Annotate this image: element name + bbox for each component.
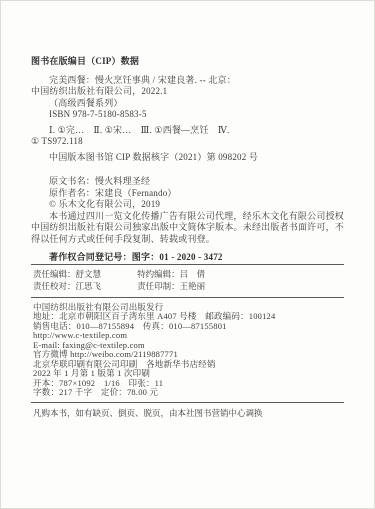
staff-row-1: 责任编辑：舒文慧 特约编辑：吕 倩 — [33, 268, 342, 281]
cip-publisher-line: 中国纺织出版社有限公司，2022.1 — [31, 86, 344, 98]
original-author-line: 原作者名：宋建良（Fernando） — [31, 188, 344, 200]
cip-isbn-line: ISBN 978-7-5180-8583-5 — [31, 109, 344, 121]
original-title-line: 原文书名：慢火料理圣经 — [31, 176, 344, 188]
wordcount-price-line: 字数：217 千字 定价：78.00 元 — [33, 388, 342, 398]
staff-row-2: 责任校对：江思飞 责任印制：王艳丽 — [33, 280, 342, 293]
cip-record-number: 中国版本图书馆 CIP 数据核字（2021）第 098202 号 — [31, 152, 344, 164]
book-copyright-page: 图书在版编目（CIP）数据 完美西餐：慢火烹饪事典 / 宋建良著. -- 北京：… — [0, 0, 375, 509]
registration-number-line: 著作权合同登记号：图字：01 - 2020 - 3472 — [31, 252, 344, 264]
cip-data-section: 图书在版编目（CIP）数据 完美西餐：慢火烹饪事典 / 宋建良著. -- 北京：… — [31, 56, 344, 163]
cip-title-line: 完美西餐：慢火烹饪事典 / 宋建良著. -- 北京： — [31, 75, 344, 87]
page-content: 图书在版编目（CIP）数据 完美西餐：慢火烹饪事典 / 宋建良著. -- 北京：… — [1, 1, 374, 418]
publication-info-section: 中国纺织出版社有限公司出版发行 地址：北京市朝阳区百子湾东里 A407 号楼 邮… — [31, 298, 344, 402]
responsible-proofreader: 责任校对：江思飞 — [33, 280, 135, 293]
cip-series-line: （高级西餐系列） — [31, 98, 344, 110]
cip-heading: 图书在版编目（CIP）数据 — [31, 56, 344, 68]
responsible-printer: 责任印制：王艳丽 — [137, 281, 205, 291]
license-paragraph: 本书通过四川一览文化传播广告有限公司代理，经乐木文化有限公司授权中国纺织出版社有… — [31, 211, 344, 246]
copyright-section: 原文书名：慢火料理圣经 原作者名：宋建良（Fernando） © 乐木文化有限公… — [31, 176, 344, 264]
copyright-notice-line: © 乐木文化有限公司，2019 — [31, 199, 344, 211]
responsible-editor: 责任编辑：舒文慧 — [33, 268, 135, 281]
contributing-editor: 特约编辑：吕 倩 — [137, 269, 205, 279]
cip-classification-code: ① TS972.118 — [31, 136, 344, 148]
editorial-staff-section: 责任编辑：舒文慧 特约编辑：吕 倩 责任校对：江思飞 责任印制：王艳丽 — [31, 265, 344, 297]
cip-classification-line: Ⅰ. ①完… Ⅱ. ①宋… Ⅲ. ①西餐—烹饪 Ⅳ. — [31, 125, 344, 137]
exchange-notice: 凡购本书，如有缺页、倒页、脱页，由本社图书营销中心调换 — [31, 403, 344, 418]
